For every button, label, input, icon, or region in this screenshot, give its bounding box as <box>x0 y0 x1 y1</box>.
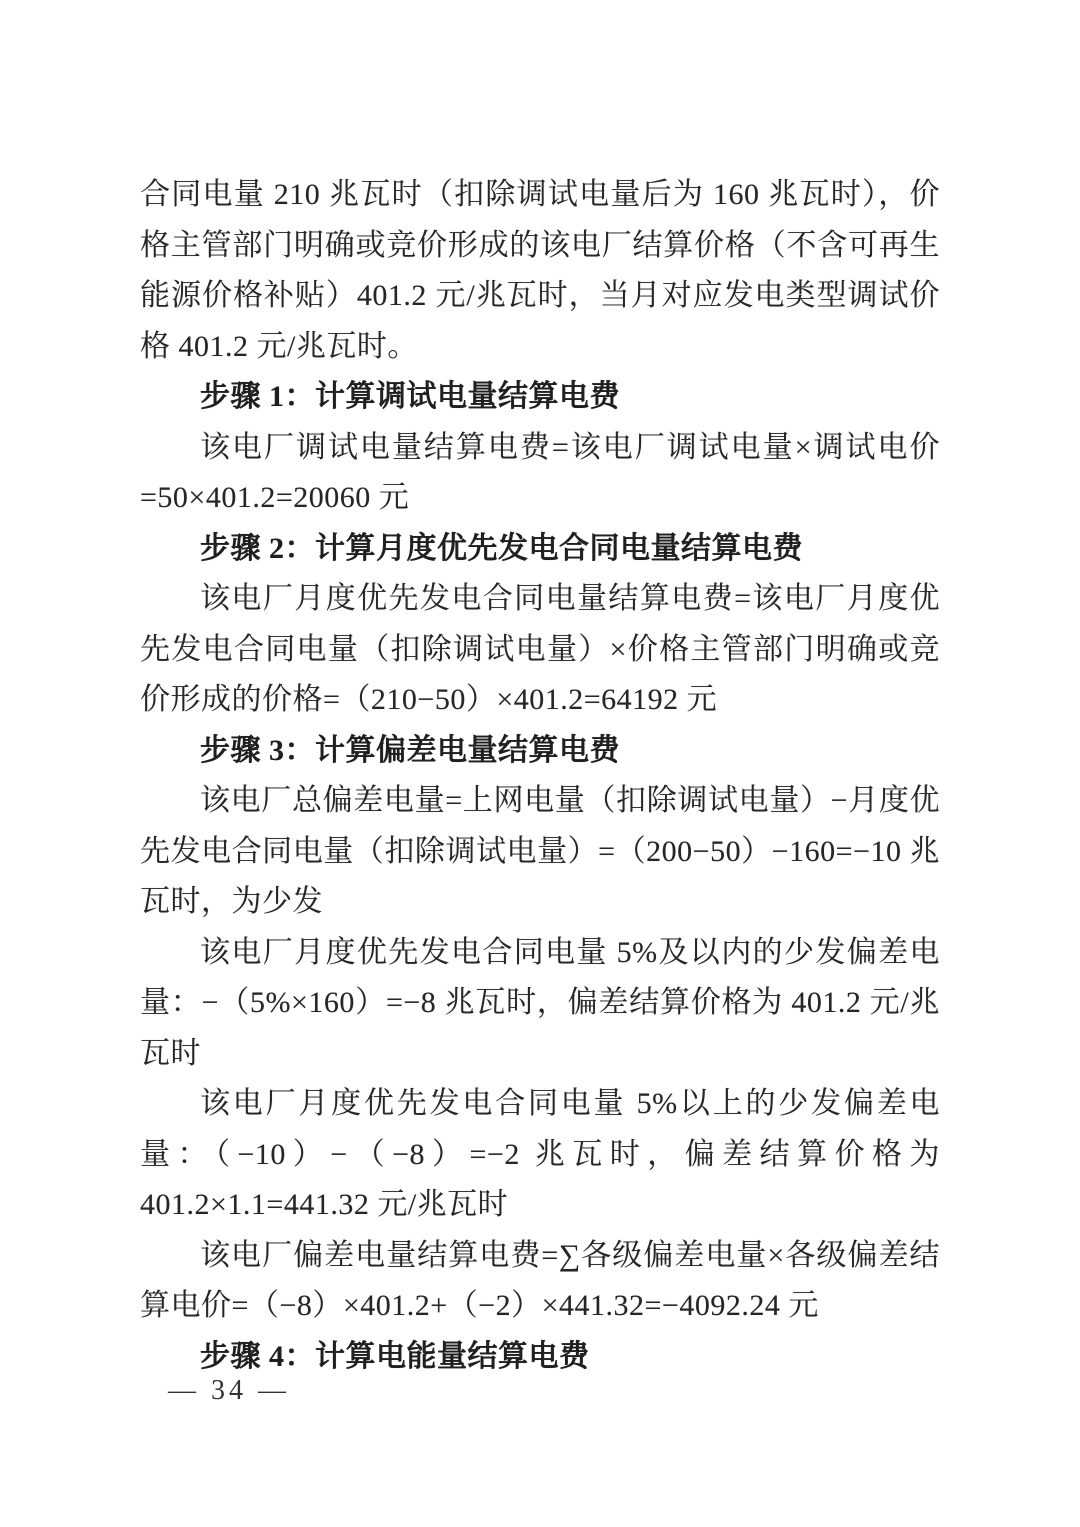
step-1-calculation: 该电厂调试电量结算电费=该电厂调试电量×调试电价=50×401.2=20060 … <box>140 423 940 524</box>
page-number: — 34 — <box>168 1375 290 1407</box>
step-3-total-deviation: 该电厂总偏差电量=上网电量（扣除调试电量）−月度优先发电合同电量（扣除调试电量）… <box>140 776 940 928</box>
document-body: 合同电量 210 兆瓦时（扣除调试电量后为 160 兆瓦时），价格主管部门明确或… <box>140 170 940 1382</box>
step-3-above-5-percent: 该电厂月度优先发电合同电量 5%以上的少发偏差电量：（−10）−（−8）=−2 … <box>140 1079 940 1231</box>
step-3-within-5-percent: 该电厂月度优先发电合同电量 5%及以内的少发偏差电量：−（5%×160）=−8 … <box>140 928 940 1080</box>
step-2-heading: 步骤 2：计算月度优先发电合同电量结算电费 <box>140 524 940 575</box>
paragraph-intro-continued: 合同电量 210 兆瓦时（扣除调试电量后为 160 兆瓦时），价格主管部门明确或… <box>140 170 940 372</box>
step-2-calculation: 该电厂月度优先发电合同电量结算电费=该电厂月度优先发电合同电量（扣除调试电量）×… <box>140 574 940 726</box>
step-3-heading: 步骤 3：计算偏差电量结算电费 <box>140 726 940 777</box>
step-3-deviation-fee: 该电厂偏差电量结算电费=∑各级偏差电量×各级偏差结算电价=（−8）×401.2+… <box>140 1231 940 1332</box>
document-page: 合同电量 210 兆瓦时（扣除调试电量后为 160 兆瓦时），价格主管部门明确或… <box>0 0 1080 1527</box>
step-1-heading: 步骤 1：计算调试电量结算电费 <box>140 372 940 423</box>
